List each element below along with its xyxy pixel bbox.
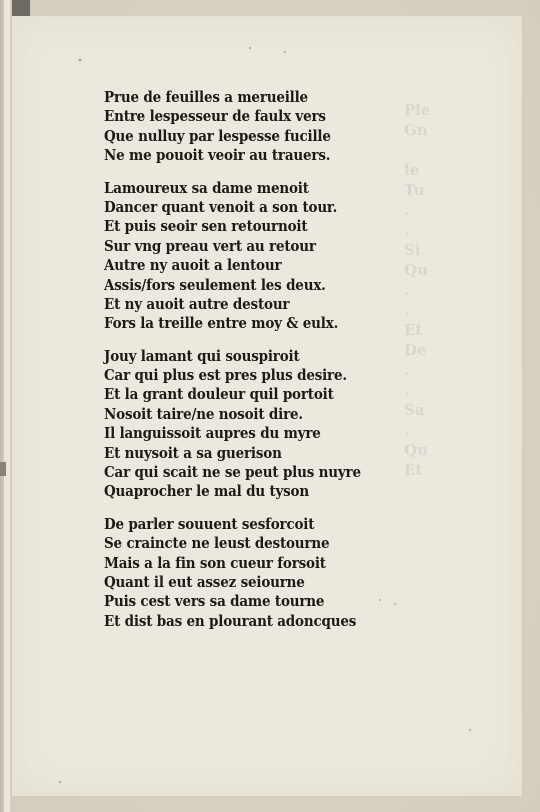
verse-line: Quaprocher le mal du tyson — [104, 482, 383, 501]
verse-line: Prue de feuilles a merueille — [104, 88, 383, 107]
verse-line: Et nuysoit a sa guerison — [104, 444, 383, 463]
verse-line: Et ny auoit autre destour — [104, 295, 383, 314]
verse-line: Nosoit taire/ne nosoit dire. — [104, 405, 383, 424]
verse-line: Et la grant douleur quil portoit — [104, 385, 383, 404]
verse-line: Jouy lamant qui souspiroit — [104, 347, 383, 366]
verse-line: Lamoureux sa dame menoit — [104, 179, 383, 198]
verse-line: Il languissoit aupres du myre — [104, 424, 383, 443]
verse-line: Assis/fors seulement les deux. — [104, 276, 383, 295]
verse-line: Se craincte ne leust destourne — [104, 534, 383, 553]
stanza-1: Prue de feuilles a merueille Entre lespe… — [104, 88, 404, 166]
previous-page-edge — [4, 0, 10, 812]
verse-line: Car qui plus est pres plus desire. — [104, 366, 383, 385]
verse-line: Mais a la fin son cueur forsoit — [104, 554, 383, 573]
stanza-4: De parler souuent sesforcoit Se craincte… — [104, 515, 404, 631]
verse-line: Puis cest vers sa dame tourne — [104, 592, 383, 611]
binding-mark — [0, 462, 6, 476]
verse-line: Entre lespesseur de faulx vers — [104, 107, 383, 126]
verse-line: Sur vng preau vert au retour — [104, 237, 383, 256]
show-through-text: Ple Gn le Tu . . Si Qu . . Et De . . Sa … — [404, 100, 464, 480]
verse-line: Dancer quant venoit a son tour. — [104, 198, 383, 217]
verse-line: Quant il eut assez seiourne — [104, 573, 383, 592]
poem-text: Prue de feuilles a merueille Entre lespe… — [104, 88, 404, 644]
verse-line: Ne me pouoit veoir au trauers. — [104, 146, 383, 165]
verse-line: Et dist bas en plourant adoncques — [104, 612, 383, 631]
verse-line: Autre ny auoit a lentour — [104, 256, 383, 275]
verse-line: Car qui scait ne se peut plus nuyre — [104, 463, 383, 482]
stanza-2: Lamoureux sa dame menoit Dancer quant ve… — [104, 179, 404, 334]
stanza-3: Jouy lamant qui souspiroit Car qui plus … — [104, 347, 404, 502]
verse-line: De parler souuent sesforcoit — [104, 515, 383, 534]
verse-line: Et puis seoir sen retournoit — [104, 217, 383, 236]
verse-line: Fors la treille entre moy & eulx. — [104, 314, 383, 333]
verse-line: Que nulluy par lespesse fucille — [104, 127, 383, 146]
